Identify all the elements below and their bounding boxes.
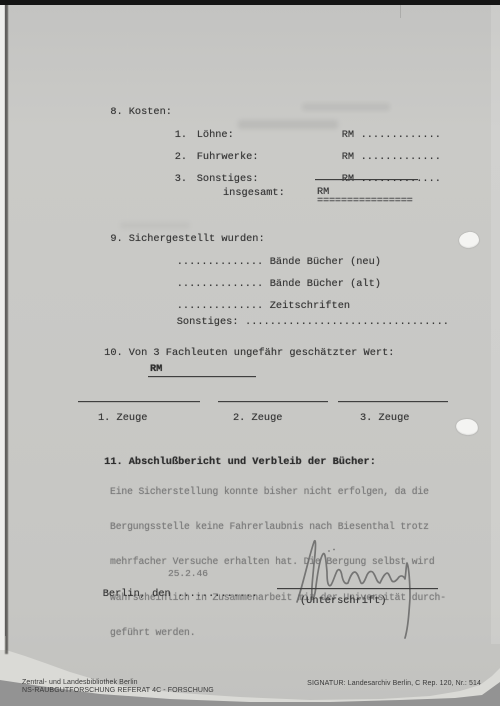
witness-label: 1. Zeuge <box>98 412 147 424</box>
scanned-document-page: 8.Kosten: 1.Löhne: RM............. 2.Fuh… <box>0 0 500 706</box>
witness-label: 3. Zeuge <box>360 412 409 424</box>
city-label: Berlin, den <box>103 588 171 600</box>
footer-library-caption: Zentral- und Landesbibliothek Berlin NS-… <box>22 679 214 695</box>
value-currency: RM <box>150 363 162 375</box>
witness-signature-line <box>78 401 200 402</box>
witness-label: 2. Zeuge <box>233 412 282 424</box>
witness-signature-line <box>218 401 328 402</box>
item-label: Sonstiges: <box>197 173 259 185</box>
date-line: Berlin, den............. <box>78 576 258 612</box>
section-number: 10. <box>97 347 123 359</box>
fill-in-dots: ................................. <box>245 316 449 328</box>
paper-fold-line <box>400 4 401 18</box>
footer-library-name: Zentral- und Landesbibliothek Berlin <box>22 679 214 687</box>
section-number: 9. <box>97 233 123 245</box>
total-double-rule: ================ <box>317 195 413 207</box>
fill-in-dots: ............. <box>177 588 257 600</box>
total-label: insgesamt: <box>223 187 285 199</box>
ink-bleed-smudge <box>302 103 390 111</box>
paper-edge-shadow <box>5 4 8 654</box>
section-10-heading: 10.Von 3 Fachleuten ungefähr geschätzter… <box>72 335 394 371</box>
value-underline <box>148 376 256 377</box>
handwritten-signature <box>270 525 430 643</box>
section-number: 8. <box>97 106 123 118</box>
witness-signature-line <box>338 401 448 402</box>
signature-caption: (Unterschrift) <box>300 595 387 607</box>
item-label: Sonstiges: <box>177 316 239 328</box>
item-number: 3. <box>175 173 189 185</box>
sum-rule <box>315 179 418 180</box>
paragraph-line: Eine Sicherstellung konnte bisher nicht … <box>110 486 446 497</box>
footer-signatur: SIGNATUR: Landesarchiv Berlin, C Rep. 12… <box>307 680 481 688</box>
scan-edge-right <box>491 4 500 644</box>
footer-department: NS-RAUBGUTFORSCHUNG REFERAT 4C - FORSCHU… <box>22 687 214 695</box>
scan-edge-top <box>0 0 500 5</box>
section-title: Von 3 Fachleuten ungefähr geschätzter We… <box>129 347 395 359</box>
signature-line <box>277 588 438 589</box>
